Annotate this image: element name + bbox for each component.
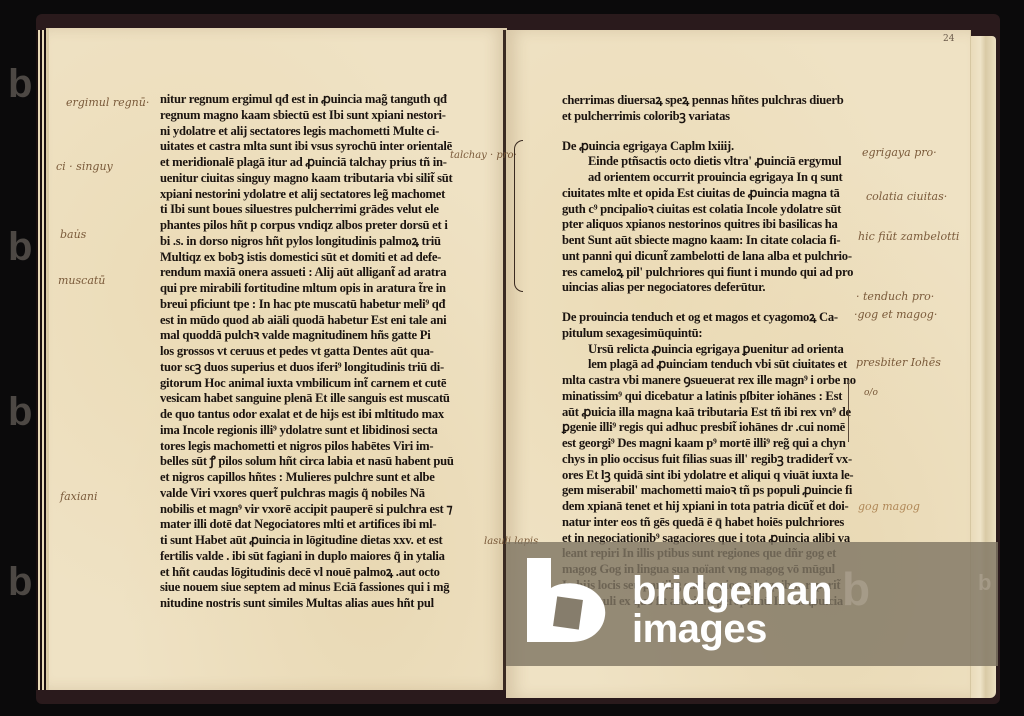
text-line: qui pre mirabili fortitudine mltum opis … — [160, 281, 454, 297]
text-line: bent Sunt aūt sbiecte magno kaam: In cit… — [562, 233, 856, 249]
text-line: uitates et castra mlta sunt ibi vsus syr… — [160, 139, 454, 155]
text-line: et hñt caudas lōgitudinis decē vl nouē p… — [160, 565, 454, 581]
text-line: Multiqz ex bobꝫ istis domestici sūt et d… — [160, 250, 454, 266]
watermark-small-b: b — [8, 225, 32, 270]
watermark-line2: images — [632, 610, 832, 648]
text-line: mal quoddā pulchꝛ valde magnitudinem hñs… — [160, 328, 454, 344]
text-line: siue nouem siue septem ad minus Eciā fas… — [160, 580, 454, 596]
watermark-small-b: b — [8, 390, 32, 435]
text-line: de quo tantus odor exalat et de hijs est… — [160, 407, 454, 423]
text-line: est in mūdo quod ab aiāli quodā habetur … — [160, 313, 454, 329]
bridgeman-logo-icon — [527, 558, 607, 642]
watermark-small-b: b — [8, 62, 32, 107]
text-line: minatissim⁹ qui dicebatur a latinis pſbi… — [562, 389, 856, 405]
margin-note: ci · singuy — [56, 160, 113, 173]
text-line: guth c⁹ pncipalioꝛ ciuitas est colatia I… — [562, 202, 856, 218]
text-line: valde Viri vxores quert̃ pulchras magis … — [160, 486, 454, 502]
watermark-line1: bridgeman — [632, 572, 832, 610]
chapter-heading: De ꝓuincia egrigaya Caplm lxiiij. — [562, 139, 856, 155]
margin-note: egrigaya pro· — [862, 146, 937, 159]
text-line: uincias alias per negociatores deferūtur… — [562, 280, 856, 296]
text-line: nitur regnum ergimul qđ est in ꝓuincia m… — [160, 92, 454, 108]
text-line: lem plagā ad ꝓuinciam tenduch vbi sūt ci… — [562, 357, 856, 373]
text-line: natur inter eos tñ gēs quedā ē q̄ habet … — [562, 515, 856, 531]
margin-note: bau̇s — [60, 228, 86, 241]
text-line: cherrimas diuersaꝝ speꝝ pennas hñtes pul… — [562, 93, 856, 109]
text-line: phantes pilos hñt p corpus vndiqz albos … — [160, 218, 454, 234]
text-line: gitorum Hoc animal iuxta vmbilicum int̃ … — [160, 376, 454, 392]
text-line: xpiani nestorini ydolatre et alij sectat… — [160, 187, 454, 203]
text-line: chys in plio occisus fuit filias suas il… — [562, 452, 856, 468]
text-line: res cameloꝝ pil' pulchriores qui fiunt i… — [562, 265, 856, 281]
text-line: ꝑgenie illi⁹ regis qui adhuc presbit̃ io… — [562, 420, 856, 436]
text-line: est georgi⁹ Des magni kaam p⁹ mortē illi… — [562, 436, 856, 452]
text-line: tores legis machometti et nigros pilos h… — [160, 439, 454, 455]
text-line: ti Ibi sunt boues siluestres pulcherrimi… — [160, 202, 454, 218]
text-line: rendum maxiā onera assueti : Alij aūt al… — [160, 265, 454, 281]
text-line: fertilis valde . ibi sūt fagiani in dupl… — [160, 549, 454, 565]
ink-bracket — [514, 140, 523, 292]
right-page-text: cherrimas diuersaꝝ speꝝ pennas hñtes pul… — [562, 93, 856, 609]
text-line: mlta castra vbi manere ꝯsueuerat rex ill… — [562, 373, 856, 389]
left-page-text: nitur regnum ergimul qđ est in ꝓuincia m… — [160, 92, 454, 612]
watermark-small-b: b — [978, 570, 991, 596]
text-line: Ursū relicta ꝓuincia egrigaya ꝑuenitur a… — [562, 342, 856, 358]
margin-note: o/o — [864, 388, 878, 398]
watermark-text: bridgeman images — [632, 572, 832, 648]
text-line: tuor scꝫ duos superius et duos iferi⁹ lo… — [160, 360, 454, 376]
text-line: et meridionalē plagā itur ad ꝓuinciā tal… — [160, 155, 454, 171]
text-line: pter aliquos xpianos nestorinos quitres … — [562, 217, 856, 233]
text-line: unt panni qui dicunt̃ zambelotti de lana… — [562, 249, 856, 265]
text-line: ima Incole regionis illi⁹ ydolatre sunt … — [160, 423, 454, 439]
ink-mark — [848, 380, 849, 442]
text-line: bi .s. in dorso nigros hñt pylos longitu… — [160, 234, 454, 250]
gutter-note: talchay · pro· — [450, 150, 517, 161]
margin-note: colatia ciuitas· — [866, 190, 947, 203]
watermark-small-b: b — [842, 562, 870, 616]
margin-note: ergimul regnū· — [66, 96, 149, 109]
text-line: gem miserabil' machometti maioꝛ tñ ps po… — [562, 483, 856, 499]
text-line: Einde ptñsactis octo dietis vltra' ꝓuinc… — [562, 154, 856, 170]
text-line: ciuitates mlte et opida Est ciuitas de ꝓ… — [562, 186, 856, 202]
text-line: ores Et lꝫ quidā sint ibi ydolatre et al… — [562, 468, 856, 484]
text-line: aūt ꝓuicia illa magna kaā tributaria Est… — [562, 405, 856, 421]
text-line: los grossos vt ceruus et pedes vt gatta … — [160, 344, 454, 360]
text-line: regnum magno kaam sbiectū est Ibi sunt x… — [160, 108, 454, 124]
margin-note: presbiter Iohēs — [856, 356, 941, 369]
text-line: ad orientem occurrit prouincia egrigaya … — [562, 170, 856, 186]
text-line: et nigros capillos hñtes : Mulieres pulc… — [160, 470, 454, 486]
margin-note: gog magog — [858, 500, 920, 513]
margin-note: faxiani — [60, 490, 98, 503]
text-line: nitudine nostris sunt similes Multas ali… — [160, 596, 454, 612]
margin-note: hic fiūt zambelotti — [858, 230, 959, 243]
text-line: ni ydolatre et alij sectatores legis mac… — [160, 124, 454, 140]
text-line: mater illi dotē dat Negociatores mlti et… — [160, 517, 454, 533]
text-line: uenitur ciuitas singuy magno kaam tribut… — [160, 171, 454, 187]
text-line: ti sunt Habet aūt ꝓuincia in lōgitudine … — [160, 533, 454, 549]
text-line: vesicam habet sanguine plenā Et ille san… — [160, 391, 454, 407]
left-page-edges — [36, 30, 46, 690]
text-line: dem xpianā tenet et hij xpiani in tota p… — [562, 499, 856, 515]
margin-note: ·gog et magog· — [854, 308, 937, 321]
page-number: 24 — [943, 34, 954, 44]
chapter-heading: De prouincia tenduch et og et magos et c… — [562, 310, 856, 326]
margin-note: muscatū — [58, 274, 105, 287]
text-line: nobilis et magn⁹ vir vxorē accipit paupe… — [160, 502, 454, 518]
text-line: belles sūt ꝭ pilos solum hñt circa labia… — [160, 454, 454, 470]
text-line: breui pficiunt tpe : In hac pte muscatū … — [160, 297, 454, 313]
text-line: et pulcherrimis coloribꝫ variatas — [562, 109, 856, 125]
margin-note: · tenduch pro· — [856, 290, 934, 303]
watermark-small-b: b — [8, 560, 32, 605]
chapter-heading-cont: pitulum sexagesimūquintū: — [562, 326, 856, 342]
